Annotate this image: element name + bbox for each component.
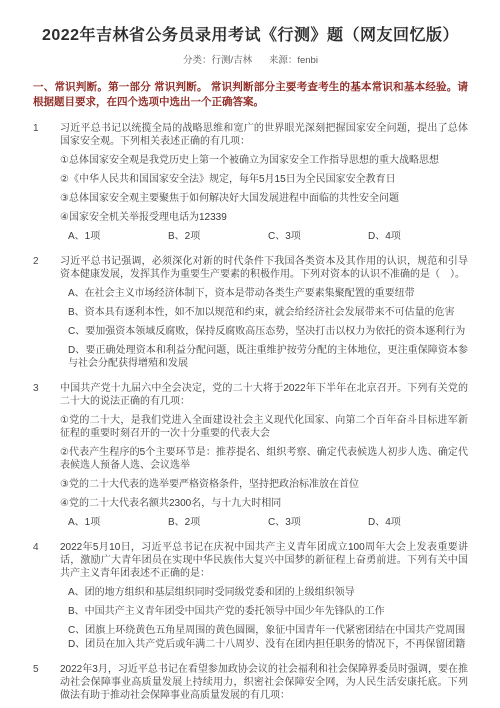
question-4-option-b: B、中国共产主义青年团受中国共产党的委托领导中国少年先锋队的工作 — [68, 605, 468, 618]
question-5-number: 5 — [33, 663, 60, 702]
meta-line: 分类：行测/吉林 来源：fenbi — [33, 55, 468, 67]
question-5-body: 2022年3月，习近平总书记在看望参加政协会议的社会福利和社会保障界委员时强调，… — [60, 663, 468, 702]
question-1-body: 习近平总书记以统揽全局的战略思维和宽广的世界眼光深刻把握国家安全问题，提出了总体… — [60, 122, 468, 243]
question-1-option-c: C、3项 — [268, 230, 368, 243]
page-title: 2022年吉林省公务员录用考试《行测》题（网友回忆版） — [33, 26, 468, 46]
question-4-stem: 2022年5月10日，习近平总书记在庆祝中国共产主义青年团成立100周年大会上发… — [60, 541, 468, 580]
question-3-option-c: C、3项 — [268, 516, 368, 529]
question-1-subitem-3: ③总体国家安全观主要聚焦于如何解决好大国发展进程中面临的共性安全问题 — [60, 192, 468, 205]
question-2: 2 习近平总书记强调，必须深化对新的时代条件下我国各类资本及其作用的认识，规范和… — [33, 255, 468, 370]
question-4-option-c: C、团旗上环绕黄色五角星周围的黄色圆圈，象征中国青年一代紧密团结在中国共产党周围 — [68, 624, 468, 637]
question-3-subitem-1: ①党的二十大，是我们党进入全面建设社会主义现代化国家、向第二个百年奋斗目标进军新… — [60, 414, 468, 440]
question-5: 5 2022年3月，习近平总书记在看望参加政协会议的社会福利和社会保障界委员时强… — [33, 663, 468, 702]
question-2-option-a: A、在社会主义市场经济体制下，资本是带动各类生产要素集聚配置的重要纽带 — [68, 287, 468, 300]
question-3-subitem-4: ④党的二十大代表名额共2300名，与十九大时相同 — [60, 497, 468, 510]
question-4-number: 4 — [33, 541, 60, 651]
question-3-option-a: A、1项 — [68, 516, 168, 529]
question-1-option-b: B、2项 — [168, 230, 268, 243]
question-3-number: 3 — [33, 382, 60, 529]
meta-category: 分类：行测/吉林 — [183, 55, 252, 66]
question-1-stem: 习近平总书记以统揽全局的战略思维和宽广的世界眼光深刻把握国家安全问题，提出了总体… — [60, 122, 468, 148]
question-3-option-d: D、4项 — [368, 516, 468, 529]
question-3-options-row: A、1项 B、2项 C、3项 D、4项 — [68, 516, 468, 529]
question-1-option-a: A、1项 — [68, 230, 168, 243]
question-2-option-b: B、资本具有逐利本性，如不加以规范和约束，就会给经济社会发展带来不可估量的危害 — [68, 306, 468, 319]
question-2-option-d: D、要正确处理资本和利益分配问题，既注重维护按劳分配的主体地位，更注重保障资本参… — [68, 344, 468, 370]
question-3-body: 中国共产党十九届六中全会决定，党的二十大将于2022年下半年在北京召开。下列有关… — [60, 382, 468, 529]
question-1-subitem-1: ①总体国家安全观是我党历史上第一个被确立为国家安全工作指导思想的重大战略思想 — [60, 154, 468, 167]
question-2-body: 习近平总书记强调，必须深化对新的时代条件下我国各类资本及其作用的认识，规范和引导… — [60, 255, 468, 370]
question-3-subitem-3: ③党的二十大代表的选举要严格资格条件，坚持把政治标准放在首位 — [60, 478, 468, 491]
question-4: 4 2022年5月10日，习近平总书记在庆祝中国共产主义青年团成立100周年大会… — [33, 541, 468, 651]
question-4-option-a: A、团的地方组织和基层组织同时受同级党委和团的上级组织领导 — [68, 586, 468, 599]
question-2-stem: 习近平总书记强调，必须深化对新的时代条件下我国各类资本及其作用的认识，规范和引导… — [60, 255, 468, 281]
question-1-number: 1 — [33, 122, 60, 243]
section-heading: 一、常识判断。第一部分 常识判断。 常识判断部分主要考查考生的基本常识和基本经验… — [33, 80, 468, 110]
question-1-subitem-2: ②《中华人民共和国国家安全法》规定，每年5月15日为全民国家安全教育日 — [60, 173, 468, 186]
question-3-stem: 中国共产党十九届六中全会决定，党的二十大将于2022年下半年在北京召开。下列有关… — [60, 382, 468, 408]
question-1-option-d: D、4项 — [368, 230, 468, 243]
exam-document-page: 2022年吉林省公务员录用考试《行测》题（网友回忆版） 分类：行测/吉林 来源：… — [0, 0, 500, 708]
question-2-number: 2 — [33, 255, 60, 370]
question-3: 3 中国共产党十九届六中全会决定，党的二十大将于2022年下半年在北京召开。下列… — [33, 382, 468, 529]
question-2-option-c: C、要加强资本领域反腐败，保持反腐败高压态势，坚决打击以权力为依托的资本逐利行为 — [68, 325, 468, 338]
question-1-subitem-4: ④国家安全机关举报受理电话为12339 — [60, 211, 468, 224]
question-1-options-row: A、1项 B、2项 C、3项 D、4项 — [68, 230, 468, 243]
question-4-option-d: D、团员在加入共产党后或年满二十八周岁、没有在团内担任职务的情况下，不再保留团籍 — [68, 638, 468, 651]
meta-source: 来源：fenbi — [269, 55, 318, 66]
question-3-subitem-2: ②代表产生程序的5个主要环节是：推荐提名、组织考察、确定代表候选人初步人选、确定… — [60, 446, 468, 472]
question-4-body: 2022年5月10日，习近平总书记在庆祝中国共产主义青年团成立100周年大会上发… — [60, 541, 468, 651]
question-1: 1 习近平总书记以统揽全局的战略思维和宽广的世界眼光深刻把握国家安全问题，提出了… — [33, 122, 468, 243]
question-5-stem: 2022年3月，习近平总书记在看望参加政协会议的社会福利和社会保障界委员时强调，… — [60, 663, 468, 702]
question-3-option-b: B、2项 — [168, 516, 268, 529]
